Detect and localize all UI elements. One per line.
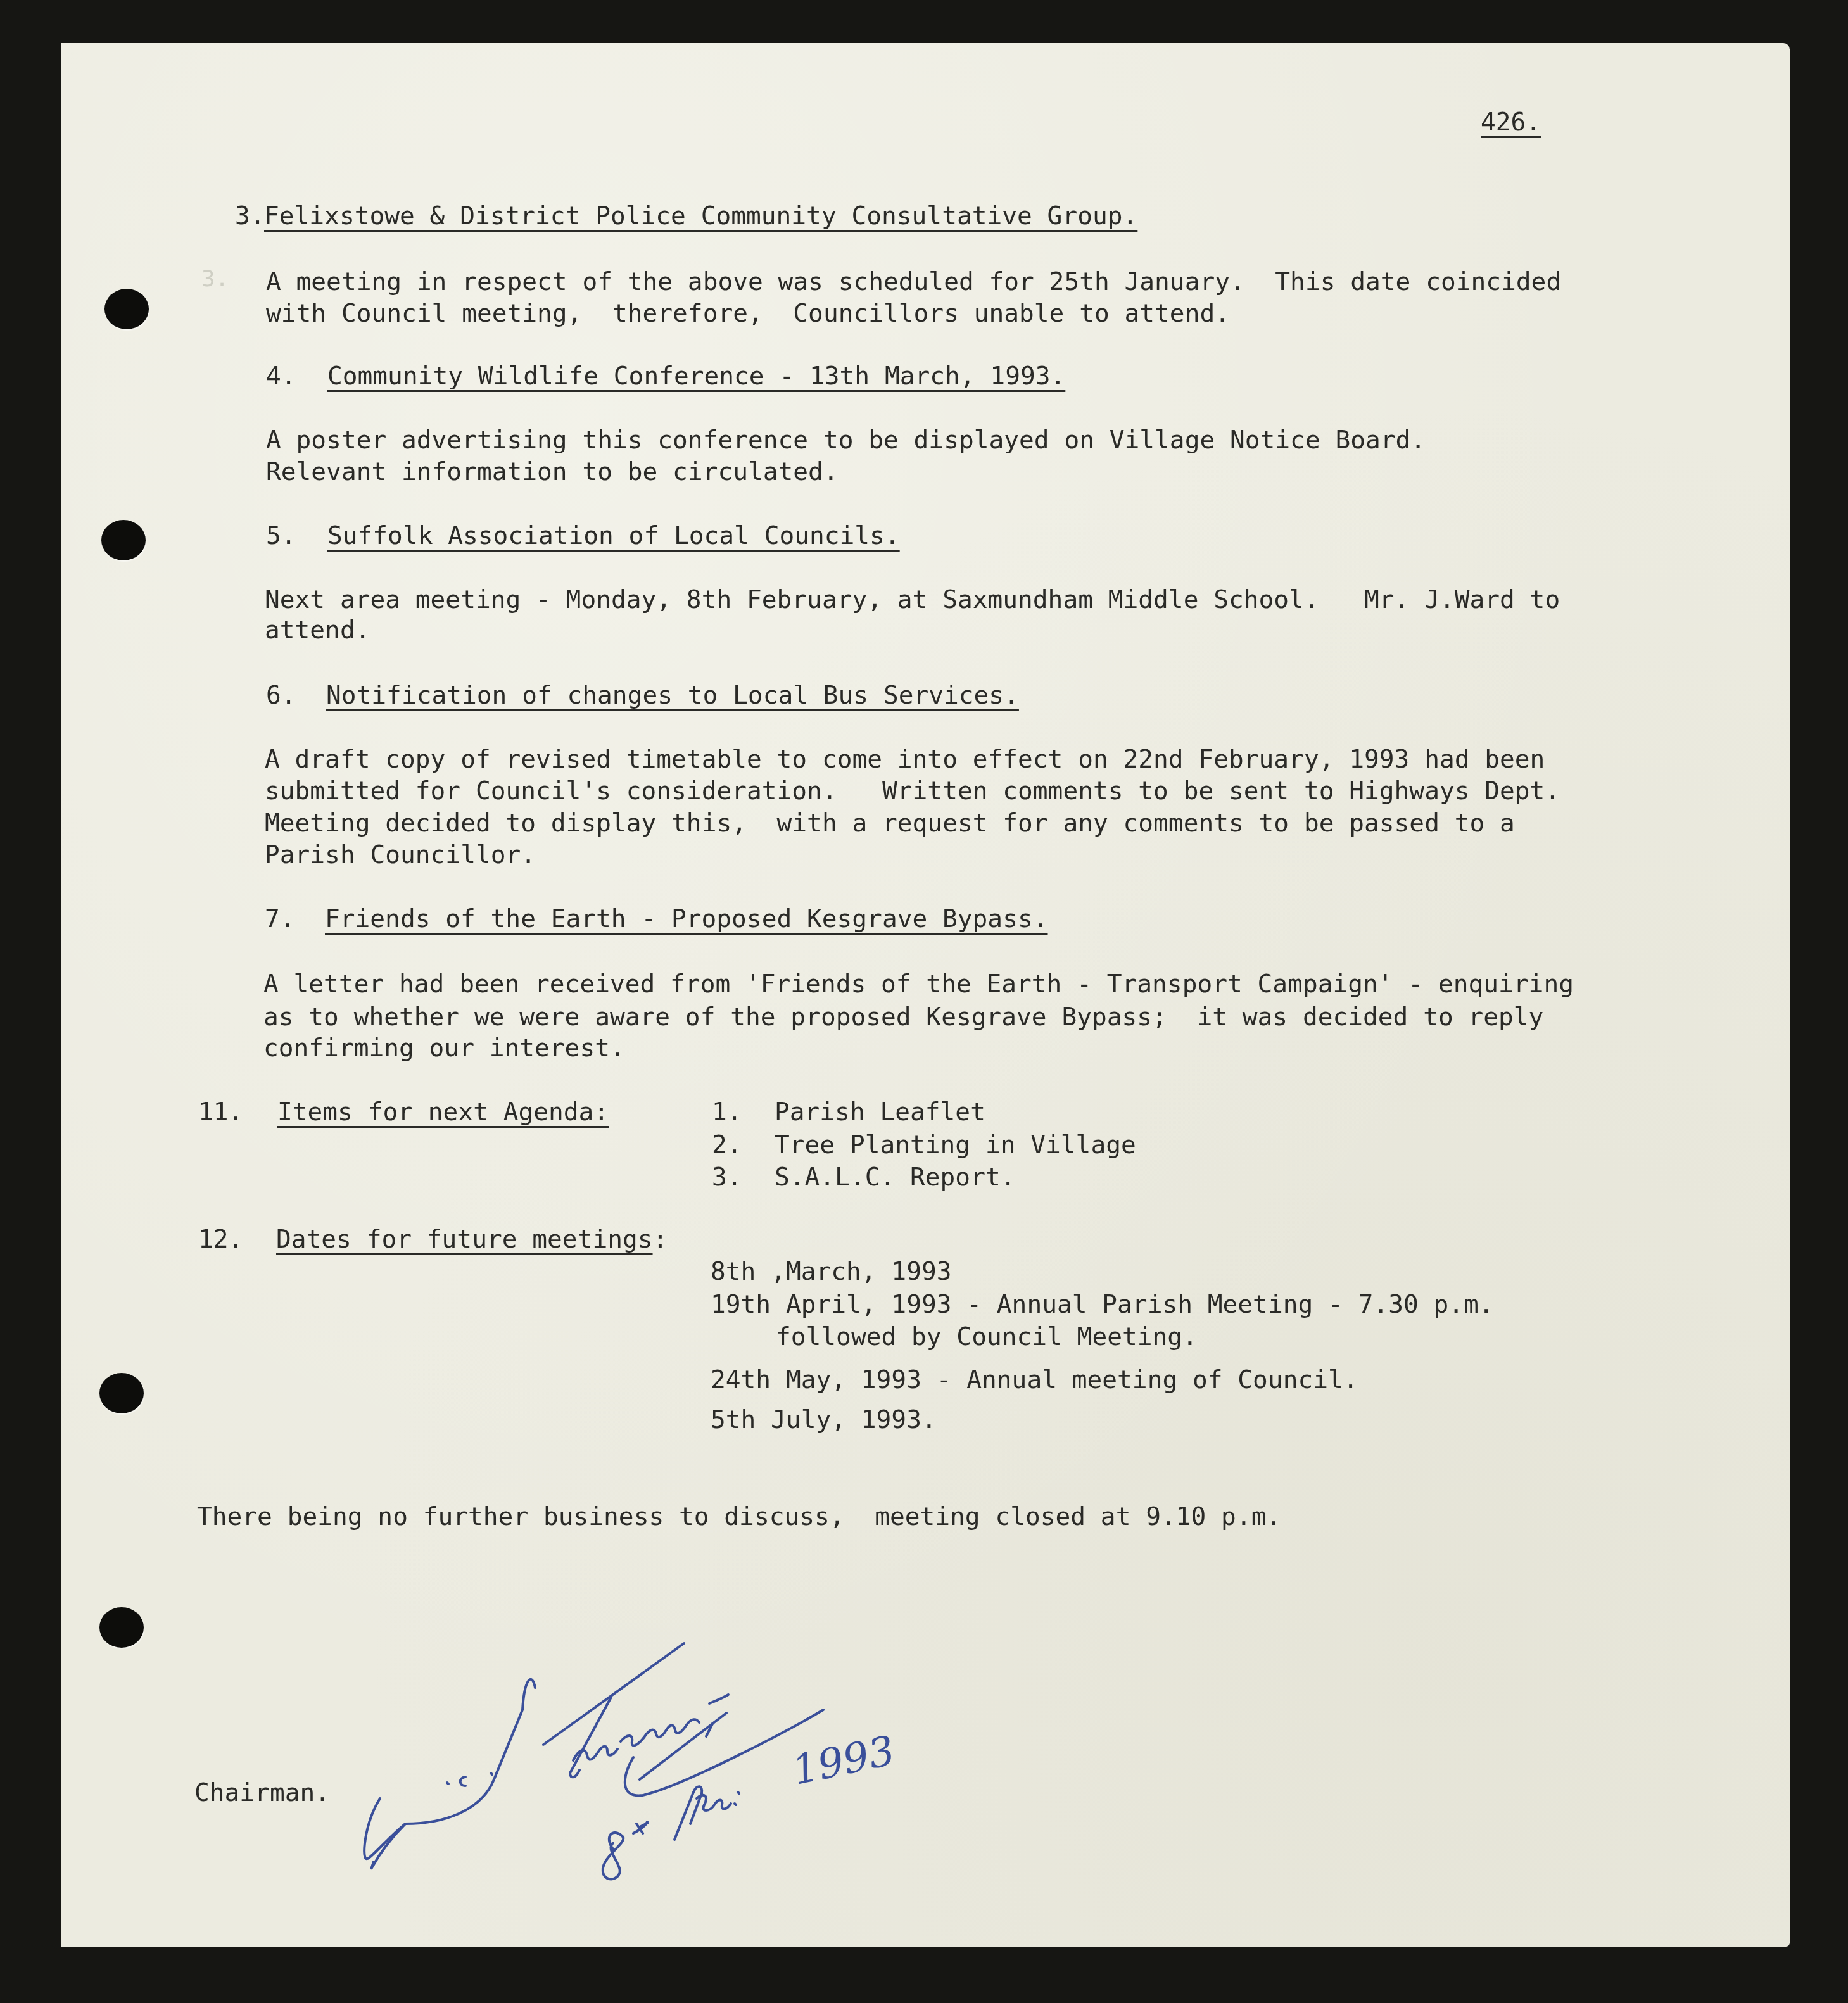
punch-hole bbox=[99, 1607, 144, 1648]
section-5-heading: Suffolk Association of Local Councils. bbox=[327, 520, 900, 552]
agenda-item-text: S.A.L.C. Report. bbox=[775, 1161, 1016, 1193]
section-4-heading: Community Wildlife Conference - 13th Mar… bbox=[327, 360, 1065, 392]
section-3-body-line: A meeting in respect of the above was sc… bbox=[266, 266, 1561, 298]
section-4-body-line: A poster advertising this conference to … bbox=[266, 424, 1426, 456]
section-7-body-line: as to whether we were aware of the propo… bbox=[263, 1001, 1543, 1033]
section-4-body-line: Relevant information to be circulated. bbox=[266, 456, 839, 488]
punch-hole bbox=[99, 1373, 144, 1413]
meeting-date-continuation: followed by Council Meeting. bbox=[776, 1321, 1198, 1353]
meeting-date: 5th July, 1993. bbox=[711, 1404, 937, 1436]
section-11-number: 11. bbox=[198, 1096, 243, 1128]
section-6-body-line: A draft copy of revised timetable to com… bbox=[265, 743, 1545, 775]
section-3-body-line: with Council meeting, therefore, Council… bbox=[266, 298, 1230, 329]
section-3-heading: Felixstowe & District Police Community C… bbox=[264, 200, 1137, 232]
section-5-body-line: attend. bbox=[265, 614, 370, 646]
section-12-number: 12. bbox=[198, 1223, 243, 1255]
section-4-number: 4. bbox=[266, 360, 296, 392]
section-7-heading: Friends of the Earth - Proposed Kesgrave… bbox=[325, 903, 1048, 935]
section-3-number: 3. bbox=[235, 200, 265, 232]
agenda-item-text: Parish Leaflet bbox=[775, 1096, 985, 1128]
punch-hole bbox=[101, 520, 146, 560]
section-5-number: 5. bbox=[266, 520, 296, 552]
agenda-item-number: 2. bbox=[712, 1129, 742, 1161]
punch-hole bbox=[104, 289, 149, 329]
section-5-body-line: Next area meeting - Monday, 8th February… bbox=[265, 584, 1560, 616]
meeting-date: 19th April, 1993 - Annual Parish Meeting… bbox=[711, 1289, 1494, 1320]
meeting-date: 8th ,March, 1993 bbox=[711, 1256, 952, 1287]
section-11-heading: Items for next Agenda: bbox=[277, 1096, 609, 1128]
ghost-mark: 3. bbox=[201, 266, 229, 292]
section-7-number: 7. bbox=[265, 903, 295, 935]
section-6-heading: Notification of changes to Local Bus Ser… bbox=[326, 679, 1019, 711]
meeting-date: 24th May, 1993 - Annual meeting of Counc… bbox=[711, 1364, 1358, 1396]
section-12-heading-colon: : bbox=[653, 1225, 668, 1254]
page-number: 426. bbox=[1481, 106, 1541, 138]
section-7-body-line: A letter had been received from 'Friends… bbox=[263, 968, 1574, 1000]
section-12-heading-wrap: Dates for future meetings: bbox=[276, 1223, 668, 1255]
closing-statement: There being no further business to discu… bbox=[197, 1501, 1281, 1532]
section-6-body-line: submitted for Council's consideration. W… bbox=[265, 775, 1560, 807]
section-6-number: 6. bbox=[266, 679, 296, 711]
chairman-label: Chairman. bbox=[194, 1777, 330, 1809]
agenda-item-number: 3. bbox=[712, 1161, 742, 1193]
section-7-body-line: confirming our interest. bbox=[263, 1032, 625, 1064]
section-12-heading: Dates for future meetings bbox=[276, 1225, 653, 1254]
agenda-item-text: Tree Planting in Village bbox=[775, 1129, 1136, 1161]
agenda-item-number: 1. bbox=[712, 1096, 742, 1128]
section-6-body-line: Parish Councillor. bbox=[265, 839, 536, 871]
section-6-body-line: Meeting decided to display this, with a … bbox=[265, 807, 1515, 839]
